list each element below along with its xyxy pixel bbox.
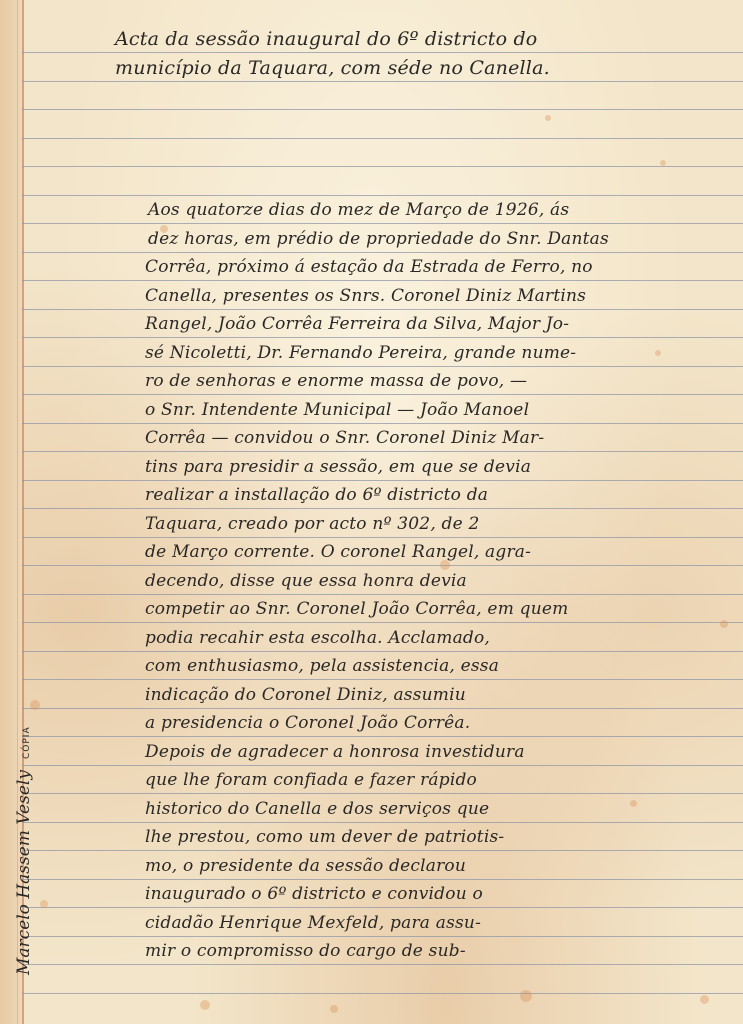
ruled-line [22, 81, 743, 82]
ruled-line [22, 423, 743, 424]
body-line: Aos quatorze dias do mez de Março de 192… [148, 200, 569, 220]
ruled-line [22, 793, 743, 794]
stain [655, 350, 661, 356]
body-line: realizar a installação do 6º districto d… [145, 485, 488, 505]
ruled-line [22, 822, 743, 823]
body-line: historico do Canella e dos serviços que [145, 799, 489, 819]
ruled-line [22, 280, 743, 281]
body-line: Taquara, creado por acto nº 302, de 2 [145, 514, 480, 534]
ruled-line [22, 480, 743, 481]
body-line: Depois de agradecer a honrosa investidur… [145, 742, 525, 762]
ruled-line [22, 223, 743, 224]
ruled-line [22, 508, 743, 509]
signature: Marcelo Hassem Vesely [14, 770, 34, 975]
document-page: Acta da sessão inaugural do 6º districto… [0, 0, 743, 1024]
ruled-line [22, 195, 743, 196]
ruled-line [22, 451, 743, 452]
body-line: de Março corrente. O coronel Rangel, agr… [145, 542, 531, 562]
ruled-line [22, 622, 743, 623]
body-line: competir ao Snr. Coronel João Corrêa, em… [145, 599, 568, 619]
title-line: município da Taquara, com séde no Canell… [115, 57, 550, 79]
ruled-line [22, 765, 743, 766]
copy-label: CÓPIA [22, 726, 32, 759]
ruled-line [22, 309, 743, 310]
ruled-line [22, 964, 743, 965]
body-line: Canella, presentes os Snrs. Coronel Dini… [145, 286, 586, 306]
ruled-line [22, 252, 743, 253]
margin-annotation: Marcelo Hassem Vesely CÓPIA [14, 726, 34, 975]
stain [200, 1000, 210, 1010]
ruled-line [22, 394, 743, 395]
body-line: mo, o presidente da sessão declarou [145, 856, 466, 876]
stain [330, 1005, 338, 1013]
ruled-line [22, 52, 743, 53]
body-line: que lhe foram confiada e fazer rápido [145, 770, 477, 790]
body-line: indicação do Coronel Diniz, assumiu [145, 685, 466, 705]
body-line: Rangel, João Corrêa Ferreira da Silva, M… [145, 314, 569, 334]
ruled-line [22, 651, 743, 652]
ruled-line [22, 366, 743, 367]
body-line: Corrêa — convidou o Snr. Coronel Diniz M… [145, 428, 544, 448]
stain [660, 160, 666, 166]
body-line: tins para presidir a sessão, em que se d… [145, 457, 531, 477]
ruled-line [22, 736, 743, 737]
stain [520, 990, 532, 1002]
ruled-line [22, 537, 743, 538]
stain [700, 995, 709, 1004]
body-line: a presidencia o Coronel João Corrêa. [145, 713, 470, 733]
body-line: lhe prestou, como um dever de patriotis- [145, 827, 504, 847]
ruled-line [22, 879, 743, 880]
ruled-line [22, 138, 743, 139]
body-line: ro de senhoras e enorme massa de povo, — [145, 371, 527, 391]
stain [30, 700, 40, 710]
title-line: Acta da sessão inaugural do 6º districto… [115, 28, 537, 50]
ruled-line [22, 337, 743, 338]
body-line: o Snr. Intendente Municipal — João Manoe… [145, 400, 529, 420]
body-line: Corrêa, próximo á estação da Estrada de … [145, 257, 593, 277]
ruled-line [22, 679, 743, 680]
ruled-line [22, 109, 743, 110]
ruled-line [22, 936, 743, 937]
ruled-line [22, 594, 743, 595]
ruled-line [22, 850, 743, 851]
ruled-line [22, 565, 743, 566]
body-line: mir o compromisso do cargo de sub- [145, 941, 466, 961]
stain [720, 620, 728, 628]
body-line: podia recahir esta escolha. Acclamado, [145, 628, 490, 648]
ruled-line [22, 907, 743, 908]
body-line: cidadão Henrique Mexfeld, para assu- [145, 913, 481, 933]
ruled-line [22, 993, 743, 994]
ruled-line [22, 166, 743, 167]
body-line: sé Nicoletti, Dr. Fernando Pereira, gran… [145, 343, 576, 363]
body-line: com enthusiasmo, pela assistencia, essa [145, 656, 499, 676]
body-line: dez horas, em prédio de propriedade do S… [148, 229, 609, 249]
stain [545, 115, 551, 121]
stain [40, 900, 48, 908]
stain [630, 800, 637, 807]
body-line: decendo, disse que essa honra devia [145, 571, 467, 591]
ruled-line [22, 708, 743, 709]
body-line: inaugurado o 6º districto e convidou o [145, 884, 483, 904]
